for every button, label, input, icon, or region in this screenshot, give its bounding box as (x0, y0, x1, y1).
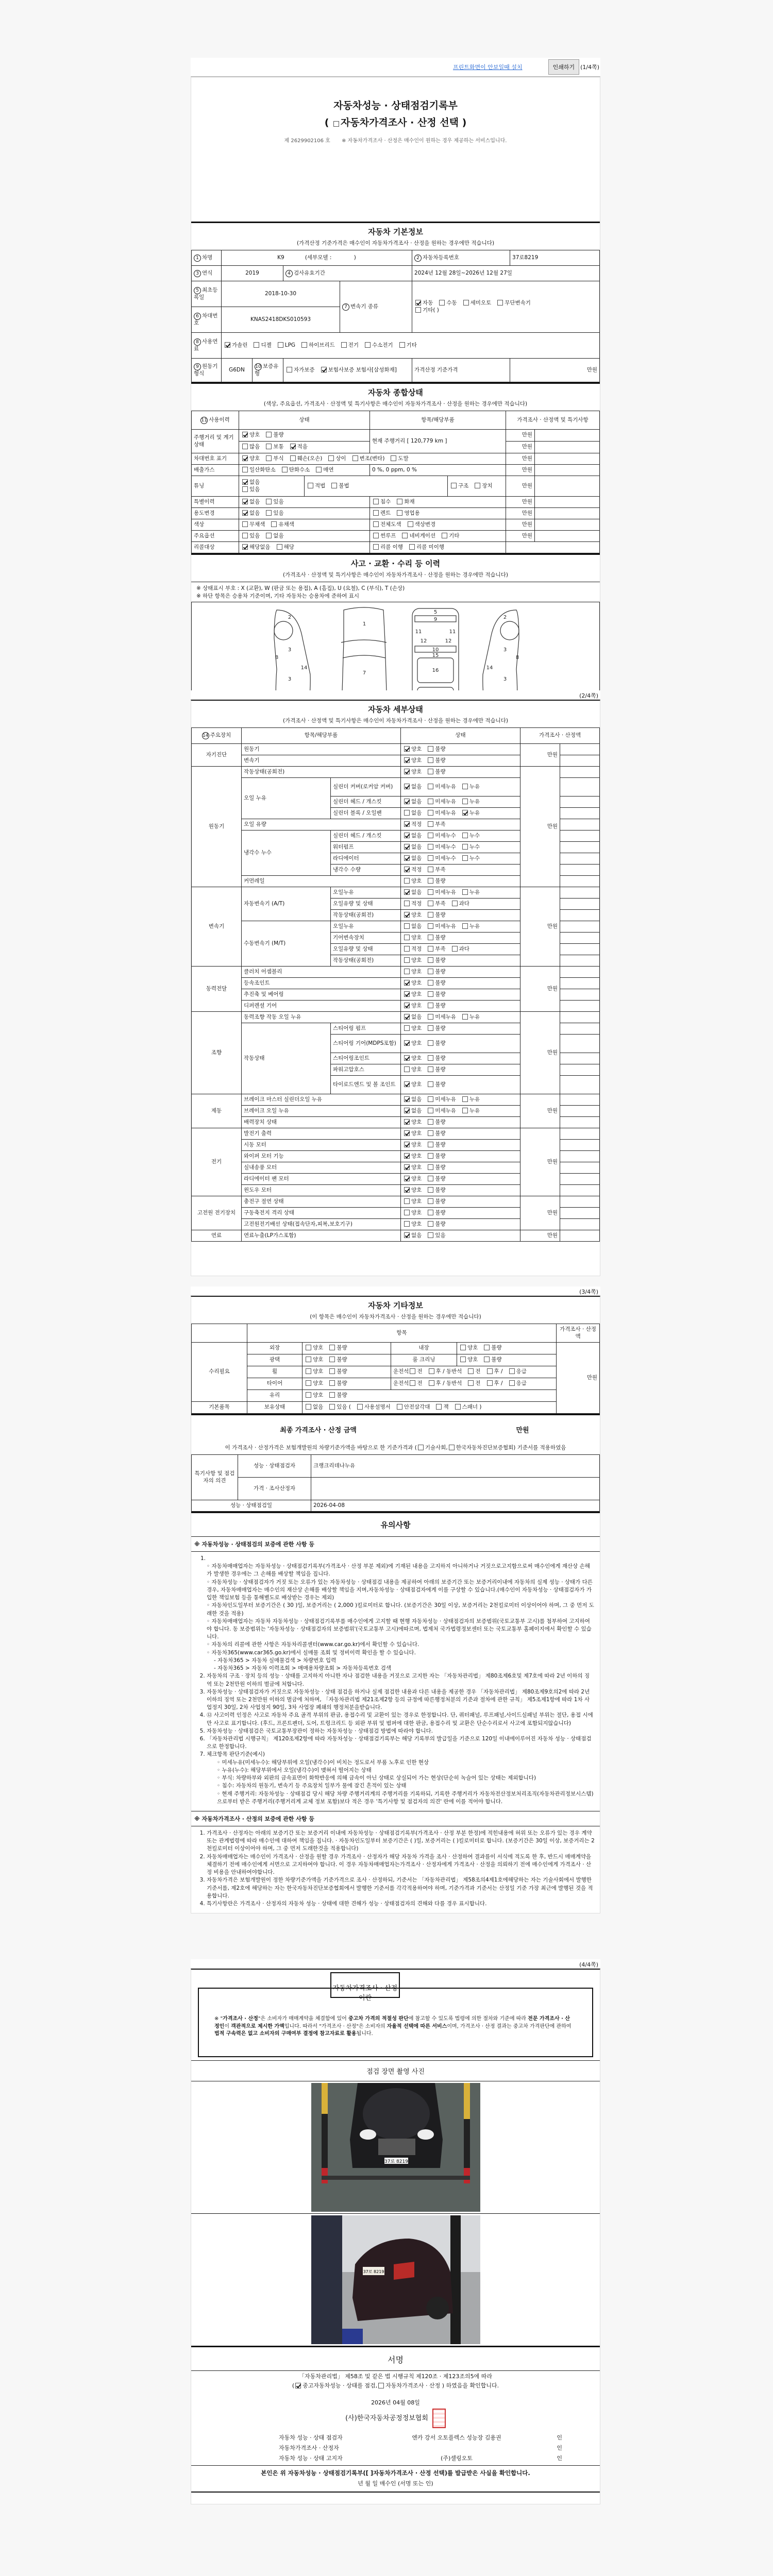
checkbox[interactable] (428, 1232, 433, 1238)
option: 변조(변타) (351, 455, 385, 462)
checkbox[interactable] (428, 1198, 433, 1204)
checkbox[interactable] (436, 1404, 442, 1410)
checkbox[interactable] (329, 1357, 335, 1362)
option: 불량 (427, 1003, 445, 1009)
checkbox[interactable] (397, 510, 402, 516)
checkbox[interactable] (428, 1108, 433, 1113)
checkbox[interactable] (404, 757, 410, 763)
option: 미세누수 (427, 844, 456, 850)
checkbox[interactable] (404, 867, 410, 872)
checkbox[interactable] (460, 1357, 466, 1362)
checkbox[interactable] (329, 1368, 335, 1374)
checkbox[interactable] (428, 1210, 433, 1215)
checkbox[interactable] (266, 533, 272, 538)
notes-section-1: 1.자동차매매업자는 자동차성능 · 상태점검기록부(가격조사 · 산정 부분 … (191, 1552, 600, 1811)
option: 양호 (403, 980, 422, 986)
checkbox[interactable] (242, 544, 248, 550)
checkbox[interactable] (404, 1096, 410, 1102)
option: 전 (409, 1368, 422, 1375)
checkbox[interactable] (428, 878, 433, 884)
option: 양호 (403, 1055, 422, 1061)
option: 없음 (403, 833, 422, 839)
checkbox[interactable] (306, 1404, 311, 1410)
checkbox[interactable] (308, 483, 313, 488)
checkbox[interactable] (429, 1380, 434, 1386)
confirm-inspection-checkbox[interactable] (295, 2383, 301, 2388)
checkbox[interactable] (428, 746, 433, 752)
checkbox[interactable] (290, 455, 296, 461)
option: 기타( ) (414, 307, 439, 313)
option: 불량 (427, 1221, 445, 1227)
option: 양호 (403, 1153, 422, 1159)
checkbox[interactable] (462, 784, 468, 789)
option: 부족 (427, 867, 445, 873)
checkbox[interactable] (428, 1040, 433, 1046)
checkbox[interactable] (404, 769, 410, 774)
checkbox[interactable] (316, 467, 322, 472)
checkbox[interactable] (404, 799, 410, 804)
checkbox[interactable] (428, 833, 433, 838)
option: 불량 (328, 1357, 347, 1363)
checkbox[interactable] (306, 1392, 311, 1398)
checkbox[interactable] (365, 342, 371, 348)
checkbox[interactable] (428, 1119, 433, 1125)
transmission-options: 자동수동세미오토무단변속기기타( ) (412, 281, 600, 333)
checkbox[interactable] (404, 821, 410, 827)
checkbox[interactable] (428, 855, 433, 861)
checkbox[interactable] (373, 510, 379, 516)
checkbox[interactable] (428, 1014, 433, 1020)
option: 양호 (403, 912, 422, 918)
checkbox[interactable] (410, 1380, 415, 1386)
checkbox[interactable] (242, 499, 248, 504)
checkbox[interactable] (455, 1404, 461, 1410)
checkbox[interactable] (402, 533, 408, 538)
checkbox[interactable] (404, 991, 410, 997)
checkbox[interactable] (266, 510, 272, 516)
option: 없음 (403, 1014, 422, 1020)
svg-text:1: 1 (363, 621, 366, 627)
page-2: (2/4쪽) 자동차 세부상태 (가격조사 · 산정액 및 특기사항은 매수인이… (191, 690, 600, 1276)
option: 적정 (403, 821, 422, 827)
checkbox[interactable] (404, 1130, 410, 1136)
signer-row: 자동차가격조사 · 산정자인 (191, 2443, 600, 2453)
svg-text:3: 3 (503, 676, 507, 682)
checkbox[interactable] (404, 946, 410, 952)
sign-date: 2026년 04월 08일 (191, 2398, 600, 2408)
checkbox[interactable] (509, 1368, 515, 1374)
checkbox[interactable] (290, 444, 296, 449)
option: 불량 (328, 1345, 347, 1351)
checkbox[interactable] (404, 1119, 410, 1125)
svg-text:11: 11 (415, 629, 422, 635)
checkbox[interactable] (404, 969, 410, 974)
checkbox[interactable] (404, 784, 410, 789)
checkbox[interactable] (242, 533, 248, 538)
official-seal-icon (432, 2409, 446, 2428)
option: 누유 (461, 810, 480, 816)
option: 불량 (427, 1142, 445, 1148)
checkbox[interactable] (428, 991, 433, 997)
basic-info-table: 1차명 K9 (세부모델 : ) 2자동차등록번호 37로8219 3연식 20… (191, 250, 600, 382)
checkbox[interactable] (266, 499, 272, 504)
checkbox[interactable] (306, 1368, 311, 1374)
checkbox[interactable] (415, 307, 421, 313)
fuel-options: 가솔린디젤LPG하이브리드전기수소전기기타 (222, 333, 600, 359)
option: 많음 (241, 444, 260, 450)
svg-text:16: 16 (432, 668, 439, 673)
checkbox[interactable] (462, 1014, 468, 1020)
checkbox[interactable] (475, 483, 480, 488)
option: 썬루프 (372, 533, 396, 539)
checkbox[interactable] (397, 499, 402, 504)
checkbox[interactable] (404, 1108, 410, 1113)
option: 양호 (403, 1003, 422, 1009)
checkbox[interactable] (428, 867, 433, 872)
option: 부족 (427, 901, 445, 907)
checkbox[interactable] (442, 533, 447, 538)
checkbox[interactable] (404, 844, 410, 850)
checkbox[interactable] (404, 1040, 410, 1046)
checkbox[interactable] (242, 432, 248, 437)
checkbox[interactable] (404, 1164, 410, 1170)
option: 안전삼각대 (396, 1404, 430, 1410)
option: 도말 (390, 455, 408, 462)
checkbox[interactable] (287, 367, 292, 372)
option: 스패너 ) (454, 1404, 482, 1410)
checkbox[interactable] (428, 821, 433, 827)
option: LPG (277, 342, 295, 348)
checkbox[interactable] (428, 1187, 433, 1193)
confirm-price-checkbox[interactable] (378, 2383, 384, 2388)
legend-symbols: ※ 상태표시 부호 : X (교환), W (판금 또는 용접), A (흠집)… (196, 584, 595, 592)
first-registration-date: 2018-10-30 (222, 281, 340, 307)
option: 양호 (459, 1357, 478, 1363)
checkbox[interactable] (410, 1368, 415, 1374)
option: 있음 (265, 499, 283, 505)
checkbox[interactable] (484, 1357, 490, 1362)
checkbox[interactable] (487, 1380, 493, 1386)
price-service-checkbox[interactable] (333, 121, 339, 127)
option: 양호 (403, 1119, 422, 1125)
option: 양호 (403, 1040, 422, 1046)
option: 수동 (438, 300, 457, 306)
checkbox[interactable] (306, 1357, 311, 1362)
option: 불량 (427, 1025, 445, 1031)
option: 영업용 (396, 510, 419, 516)
checkbox[interactable] (404, 1232, 410, 1238)
checkbox[interactable] (404, 1014, 410, 1020)
checkbox[interactable] (462, 1096, 468, 1102)
option: 미세누유 (427, 923, 456, 929)
checkbox[interactable] (329, 1345, 335, 1350)
checkbox[interactable] (266, 432, 272, 437)
checkbox[interactable] (429, 1368, 434, 1374)
checkbox[interactable] (428, 769, 433, 774)
document-subtitle: ( 자동차가격조사 · 산정 선택 ) (191, 115, 600, 129)
checkbox[interactable] (404, 935, 410, 940)
checkbox[interactable] (428, 1025, 433, 1031)
checkbox[interactable] (277, 544, 282, 550)
option: 전 (467, 1368, 480, 1375)
etc-price: 만원 (557, 1343, 600, 1414)
checkbox[interactable] (462, 1108, 468, 1113)
option: 적법 (307, 483, 325, 489)
checkbox[interactable] (242, 510, 248, 516)
basis-checkbox-1[interactable] (418, 1445, 424, 1450)
option: 있음 (241, 533, 260, 539)
checkbox[interactable] (428, 1096, 433, 1102)
checkbox[interactable] (373, 533, 379, 538)
option: 없음 (403, 1232, 422, 1239)
checkbox[interactable] (404, 901, 410, 906)
option: 양호 (403, 1130, 422, 1137)
checkbox[interactable] (428, 810, 433, 816)
checkbox[interactable] (404, 957, 410, 963)
page-4-sheet: ※ "가격조사 · 산정"은 소비자가 매매계약을 체결함에 있어 중고차 가격… (191, 1969, 600, 2504)
option: 미세누유 (427, 810, 456, 816)
checkbox[interactable] (452, 901, 458, 906)
checkbox[interactable] (428, 957, 433, 963)
checkbox[interactable] (428, 923, 433, 929)
checkbox[interactable] (428, 1081, 433, 1087)
option: 누유 (461, 1096, 480, 1103)
checkbox[interactable] (428, 946, 433, 952)
checkbox[interactable] (391, 455, 396, 461)
checkbox[interactable] (428, 799, 433, 804)
checkbox[interactable] (463, 300, 469, 306)
checkbox[interactable] (428, 1164, 433, 1170)
checkbox[interactable] (373, 521, 379, 527)
checkbox[interactable] (329, 1380, 335, 1386)
checkbox[interactable] (373, 499, 379, 504)
checkbox[interactable] (278, 342, 283, 348)
checkbox[interactable] (404, 1210, 410, 1215)
option: 양호 (305, 1392, 323, 1398)
checkbox[interactable] (373, 544, 379, 550)
checkbox[interactable] (404, 810, 410, 816)
checkbox[interactable] (225, 342, 230, 348)
option: 누수 (461, 855, 480, 861)
basis-checkbox-2[interactable] (449, 1445, 455, 1450)
checkbox[interactable] (352, 455, 358, 461)
checkbox[interactable] (428, 844, 433, 850)
checkbox[interactable] (428, 912, 433, 918)
option: 불량 (483, 1345, 501, 1351)
checkbox[interactable] (404, 912, 410, 918)
print-button[interactable]: 인쇄하기 (548, 59, 580, 75)
checkbox[interactable] (428, 901, 433, 906)
section-subtitle: (가격산정 기준가격은 매수인이 자동차가격조사 · 산정을 원하는 경우에만 … (191, 237, 600, 250)
option: 세미오토 (462, 300, 492, 306)
svg-text:7: 7 (363, 670, 366, 676)
document-title: 자동차성능 · 상태점검기록부 (191, 98, 600, 112)
checkbox[interactable] (428, 1221, 433, 1227)
checkbox[interactable] (404, 1221, 410, 1227)
option: 양호 (403, 1066, 422, 1073)
warranty-options: 자가보증보험사보증 보험사[삼성화재] (283, 359, 412, 382)
option: 양호 (403, 1142, 422, 1148)
checkbox[interactable] (428, 1130, 433, 1136)
checkbox[interactable] (404, 833, 410, 838)
checkbox[interactable] (242, 467, 248, 472)
checkbox[interactable] (404, 980, 410, 986)
checkbox[interactable] (266, 455, 272, 461)
checkbox[interactable] (404, 1066, 410, 1072)
checkbox[interactable] (452, 946, 458, 952)
checkbox[interactable] (428, 980, 433, 986)
checkbox[interactable] (282, 467, 288, 472)
option: 사용설명서 (356, 1404, 391, 1410)
checkbox[interactable] (331, 483, 337, 488)
option: 보험사보증 보험사[삼성화재] (320, 367, 397, 373)
checkbox[interactable] (242, 486, 248, 492)
svg-text:15: 15 (432, 653, 439, 658)
checkbox[interactable] (404, 1176, 410, 1181)
checkbox[interactable] (428, 1142, 433, 1147)
checkbox[interactable] (404, 746, 410, 752)
checkbox[interactable] (428, 1153, 433, 1159)
option: 기타 (398, 342, 417, 348)
option: 침수 (372, 499, 391, 505)
checkbox[interactable] (462, 799, 468, 804)
checkbox[interactable] (397, 1404, 402, 1410)
checkbox[interactable] (462, 810, 468, 816)
checkbox[interactable] (242, 444, 248, 449)
checkbox[interactable] (271, 521, 277, 527)
checkbox[interactable] (451, 483, 457, 488)
checkbox[interactable] (428, 757, 433, 763)
checkbox[interactable] (404, 923, 410, 929)
checkbox[interactable] (301, 342, 307, 348)
checkbox[interactable] (428, 784, 433, 789)
checkbox[interactable] (341, 342, 347, 348)
checkbox[interactable] (404, 1003, 410, 1008)
checkbox[interactable] (242, 455, 248, 461)
checkbox[interactable] (460, 1345, 466, 1350)
checkbox[interactable] (428, 969, 433, 974)
checkbox[interactable] (497, 300, 503, 306)
detail-status-table: 14주요장치 항목/해당부품 상태 가격조사 · 산정액 자기진단원동기양호불량… (191, 727, 600, 1242)
checkbox[interactable] (428, 1066, 433, 1072)
option: 없음 (403, 1096, 422, 1103)
option: 기타 (441, 533, 459, 539)
option: 양호 (403, 1176, 422, 1182)
checkbox[interactable] (357, 1404, 363, 1410)
option: 양호 (403, 1210, 422, 1216)
option: 부족 (427, 946, 445, 952)
checkbox[interactable] (484, 1345, 490, 1350)
notes-title: 유의사항 (191, 1512, 600, 1537)
checkbox[interactable] (468, 1368, 474, 1374)
checkbox[interactable] (404, 1025, 410, 1031)
checkbox[interactable] (306, 1380, 311, 1386)
option: 없음 (403, 799, 422, 805)
gloss-options: 양호불량 (303, 1354, 391, 1366)
option: 양호 (305, 1357, 323, 1363)
checkbox[interactable] (462, 923, 468, 929)
checkbox[interactable] (462, 855, 468, 861)
checkbox[interactable] (266, 444, 272, 449)
price-info-box-title: 자동차가격조사 · 산정이란 (330, 1972, 400, 1998)
checkbox[interactable] (428, 1055, 433, 1061)
checkbox[interactable] (428, 1176, 433, 1181)
print-help-link[interactable]: 프린트화면이 안보일때 설치 (453, 63, 523, 71)
checkbox[interactable] (428, 1003, 433, 1008)
checkbox[interactable] (462, 833, 468, 838)
option: 불량 (427, 1187, 445, 1193)
checkbox[interactable] (487, 1368, 493, 1374)
option: 구조 (450, 483, 468, 489)
checkbox[interactable] (409, 544, 415, 550)
option: 불량 (427, 969, 445, 975)
checkbox[interactable] (439, 300, 445, 306)
checkbox[interactable] (404, 1187, 410, 1193)
checkbox[interactable] (404, 889, 410, 895)
svg-text:9: 9 (434, 617, 437, 622)
tire-position-options: 운전석전후 / 동반석전후 /응급 (391, 1378, 557, 1390)
option: 장치 (474, 483, 492, 489)
option: 수소전기 (364, 342, 393, 348)
checkbox[interactable] (404, 878, 410, 884)
checkbox[interactable] (509, 1380, 515, 1386)
checkbox[interactable] (399, 342, 405, 348)
checkbox[interactable] (404, 1055, 410, 1061)
checkbox[interactable] (328, 455, 334, 461)
option: 있음 (265, 510, 283, 516)
checkbox[interactable] (254, 342, 259, 348)
option: 없음 (241, 479, 260, 485)
room-cleaning-options: 양호불량 (457, 1354, 557, 1366)
checkbox[interactable] (404, 1153, 410, 1159)
option: 불량 (265, 432, 283, 438)
page-number: (1/4쪽) (580, 63, 599, 71)
checkbox[interactable] (404, 855, 410, 861)
option: 상이 (327, 455, 346, 462)
checkbox[interactable] (415, 300, 421, 306)
checkbox[interactable] (428, 935, 433, 940)
option: 있음 (241, 486, 260, 493)
checkbox[interactable] (242, 479, 248, 485)
photo-section-title: 점검 장면 촬영 사진 (191, 2060, 600, 2081)
checkbox[interactable] (329, 1392, 335, 1398)
checkbox[interactable] (404, 1198, 410, 1204)
checkbox[interactable] (321, 367, 327, 372)
notes-section-2: 가격조사 · 산정자는 아래의 보증기간 또는 보증거리 이내에 자동차성능 ·… (191, 1826, 600, 1913)
checkbox[interactable] (462, 889, 468, 895)
option: 누유 (461, 1014, 480, 1020)
checkbox[interactable] (468, 1380, 474, 1386)
checkbox[interactable] (306, 1345, 311, 1350)
model-year: 2019 (222, 266, 283, 281)
checkbox[interactable] (404, 1142, 410, 1147)
checkbox[interactable] (242, 521, 248, 527)
option: 양호 (403, 746, 422, 752)
checkbox[interactable] (462, 844, 468, 850)
option: 없음 (305, 1404, 323, 1410)
option: 불량 (427, 957, 445, 963)
option: 없음 (403, 784, 422, 790)
checkbox[interactable] (329, 1404, 335, 1410)
option: 양호 (403, 991, 422, 997)
checkbox[interactable] (404, 1081, 410, 1087)
checkbox[interactable] (408, 521, 413, 527)
option: 누유 (461, 799, 480, 805)
option: 불량 (427, 1130, 445, 1137)
svg-text:8: 8 (275, 655, 278, 660)
option: 미세누수 (427, 833, 456, 839)
checkbox[interactable] (428, 889, 433, 895)
